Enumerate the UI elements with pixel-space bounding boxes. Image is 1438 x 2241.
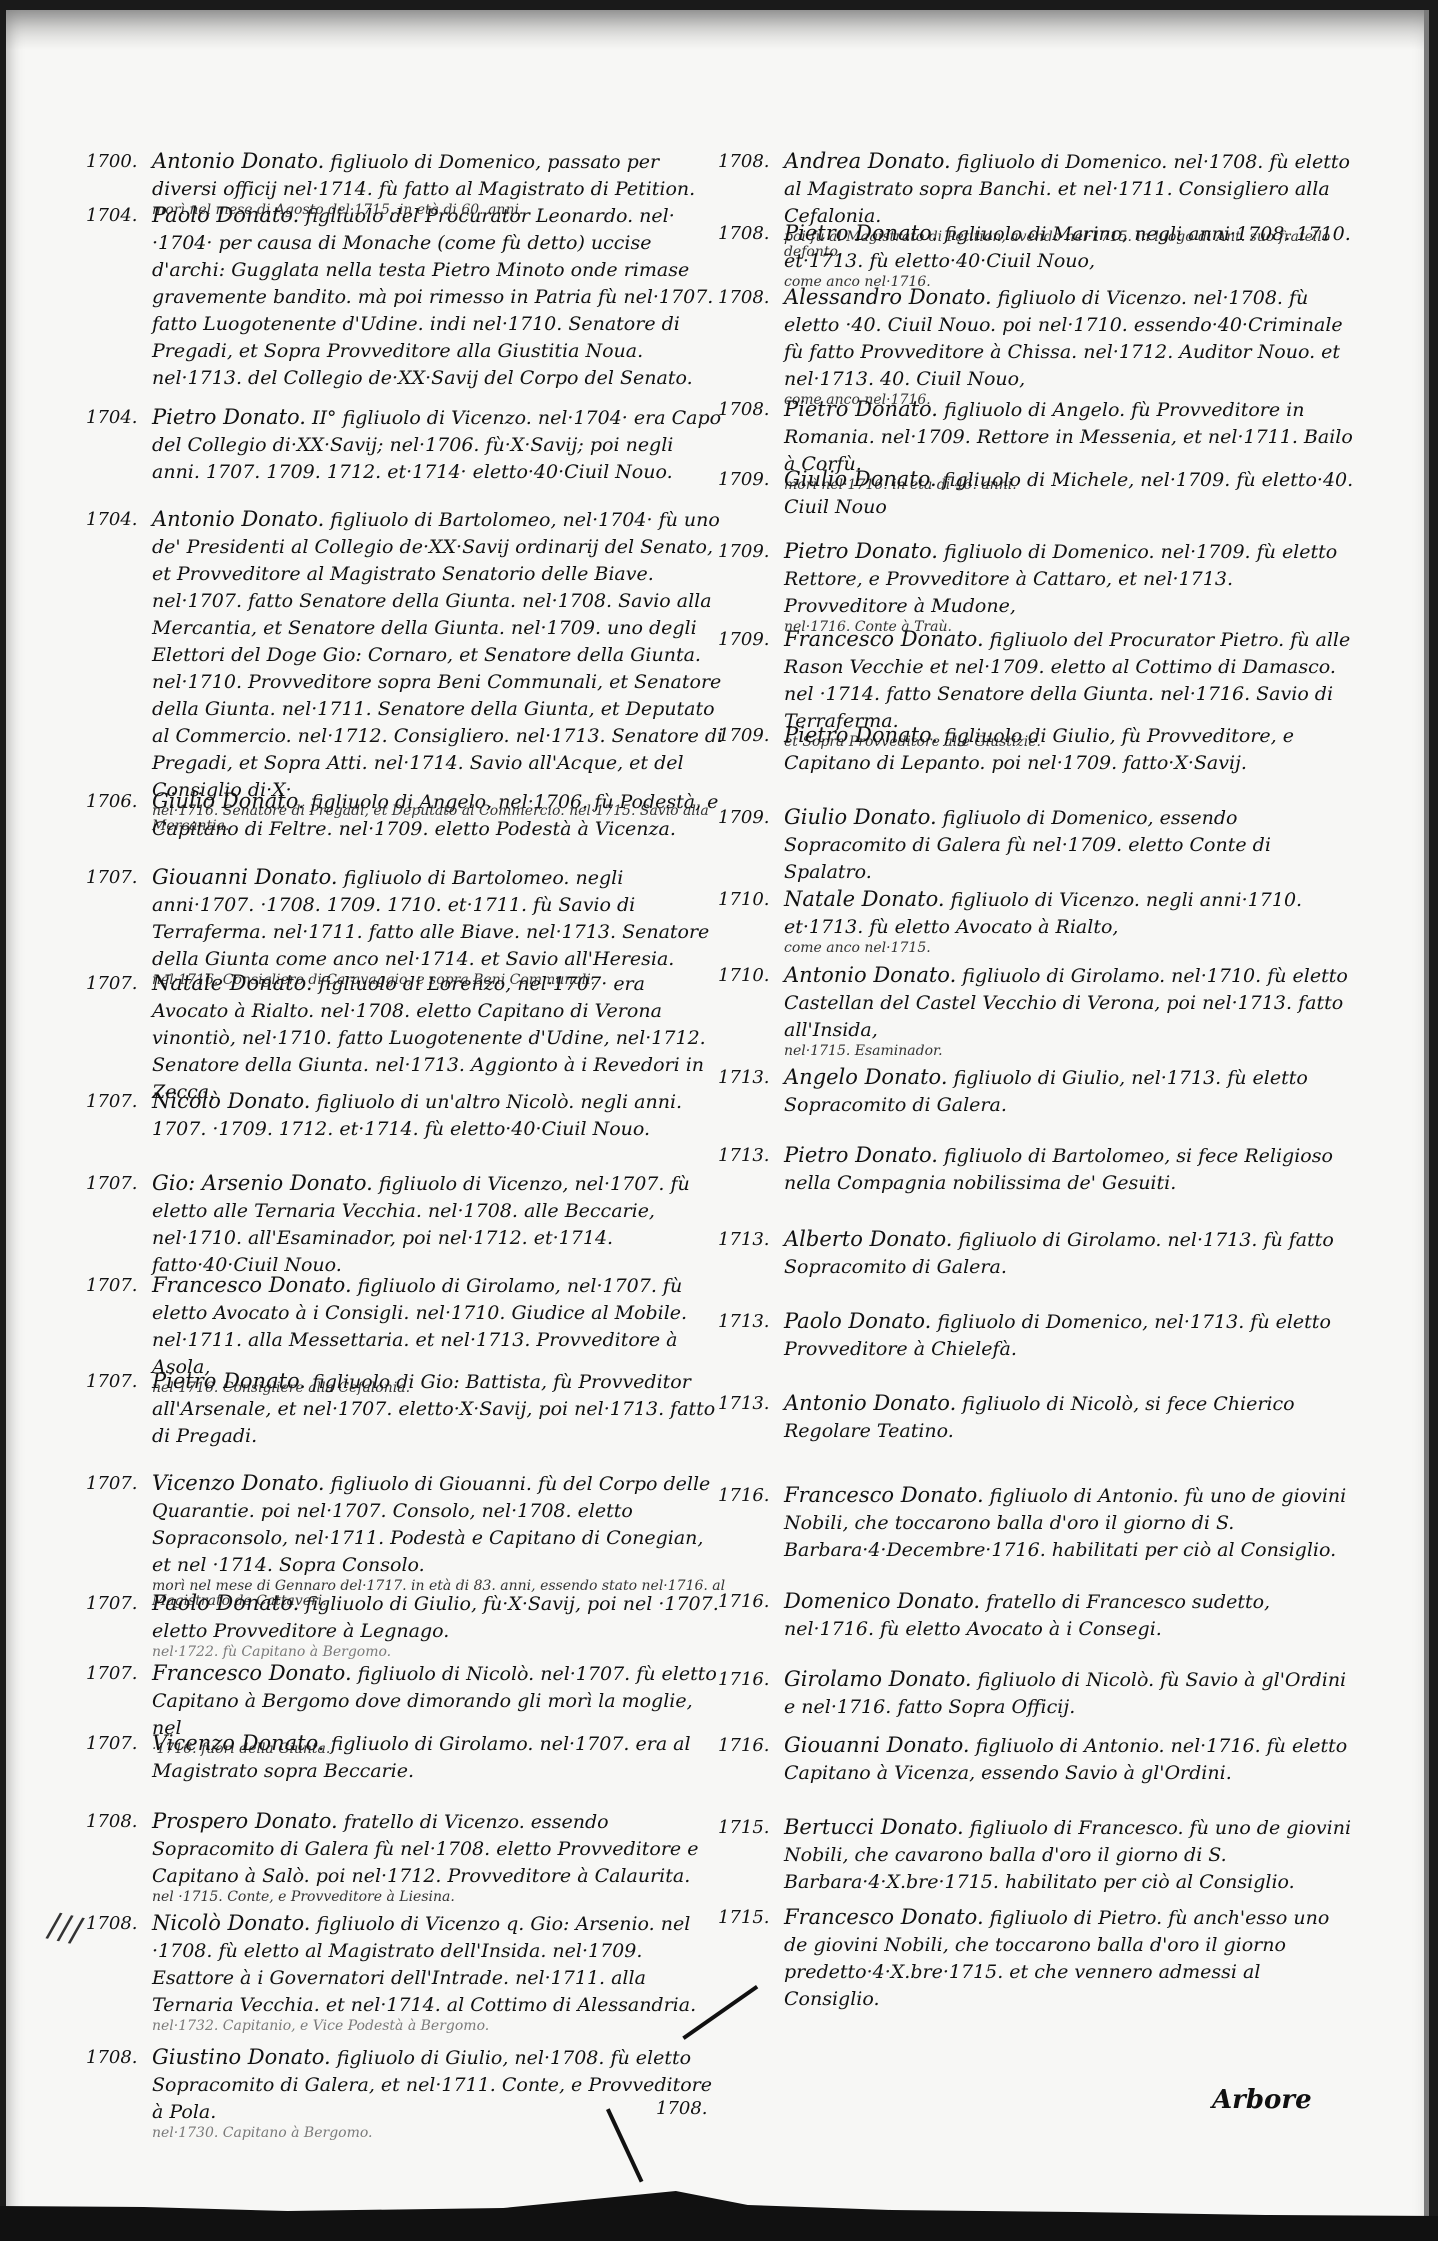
entry-name: Nicolò Donato.: [152, 1089, 310, 1113]
entry-note: nel·1715. Esaminador.: [784, 1044, 1358, 1059]
footer-year: 1708.: [656, 2098, 708, 2119]
entry-year: 1715.: [718, 1814, 782, 1841]
entry-name: Angelo Donato.: [784, 1065, 948, 1089]
entry-name: Pietro Donato.: [152, 405, 306, 429]
register-entry: 1709. Pietro Donato. figliuolo di Giulio…: [718, 722, 1358, 777]
entry-name: Andrea Donato.: [784, 149, 951, 173]
entry-year: 1708.: [718, 148, 782, 175]
entry-note: nel·1730. Capitano à Bergomo.: [152, 2126, 726, 2141]
entry-name: Pietro Donato.: [152, 1369, 306, 1393]
entry-year: 1707.: [86, 1272, 150, 1299]
entry-year: 1707.: [86, 1088, 150, 1115]
entry-year: 1700.: [86, 148, 150, 175]
entry-year: 1704.: [86, 404, 150, 431]
register-entry: 1708. Giustino Donato. figliuolo di Giul…: [86, 2044, 726, 2141]
entry-year: 1704.: [86, 506, 150, 533]
register-entry: 1707. Vicenzo Donato. figliuolo di Gioua…: [86, 1470, 726, 1609]
entry-year: 1708.: [86, 2044, 150, 2071]
register-entry: 1709. Pietro Donato. figliuolo di Domeni…: [718, 538, 1358, 635]
entry-year: 1708.: [86, 1808, 150, 1835]
entry-name: Francesco Donato.: [152, 1661, 352, 1685]
entry-year: 1715.: [718, 1904, 782, 1931]
entry-name: Antonio Donato.: [152, 507, 324, 531]
register-entry: 1716. Giouanni Donato. figliuolo di Anto…: [718, 1732, 1358, 1787]
register-entry: 1708. Alessandro Donato. figliuolo di Vi…: [718, 284, 1358, 408]
entry-name: Gio: Arsenio Donato.: [152, 1171, 373, 1195]
entry-name: Antonio Donato.: [784, 1391, 956, 1415]
entry-name: Pietro Donato.: [784, 397, 938, 421]
register-entry: 1709. Giulio Donato. figliuolo di Domeni…: [718, 804, 1358, 886]
entry-name: Pietro Donato.: [784, 539, 938, 563]
register-entry: 1704. Antonio Donato. figliuolo di Barto…: [86, 506, 726, 834]
register-entry: 1713. Pietro Donato. figliuolo di Bartol…: [718, 1142, 1358, 1197]
entry-year: 1709.: [718, 722, 782, 749]
register-entry: 1713. Alberto Donato. figliuolo di Girol…: [718, 1226, 1358, 1281]
entry-year: 1707.: [86, 1590, 150, 1617]
entry-year: 1707.: [86, 1660, 150, 1687]
register-entry: 1707. Natale Donato. figliuolo di Lorenz…: [86, 970, 726, 1106]
margin-hatch-marks: ///: [44, 1905, 86, 1951]
register-entry: 1713. Antonio Donato. figliuolo di Nicol…: [718, 1390, 1358, 1445]
register-entry: 1716. Domenico Donato. fratello di Franc…: [718, 1588, 1358, 1643]
register-entry: 1708. Pietro Donato. figliuolo di Marino…: [718, 220, 1358, 290]
entry-name: Francesco Donato.: [152, 1273, 352, 1297]
entry-note: nel ·1715. Conte, e Provveditore à Liesi…: [152, 1890, 726, 1905]
entry-year: 1708.: [86, 1910, 150, 1937]
entry-year: 1706.: [86, 788, 150, 815]
entry-name: Alessandro Donato.: [784, 285, 992, 309]
entry-name: Paolo Donato.: [152, 1591, 299, 1615]
entry-name: Giouanni Donato.: [784, 1733, 970, 1757]
entry-name: Giouanni Donato.: [152, 865, 338, 889]
entry-text: figliuolo del Procurator Leonardo. nel· …: [152, 205, 713, 389]
register-entry: 1704. Pietro Donato. II° figliuolo di Vi…: [86, 404, 726, 486]
catchword: Arbore: [1212, 2085, 1312, 2115]
entry-year: 1708.: [718, 284, 782, 311]
entry-name: Francesco Donato.: [784, 1483, 984, 1507]
entry-year: 1707.: [86, 1730, 150, 1757]
manuscript-page: 1700. Antonio Donato. figliuolo di Domen…: [6, 10, 1429, 2228]
entry-year: 1707.: [86, 1170, 150, 1197]
entry-name: Natale Donato.: [784, 887, 945, 911]
entry-name: Alberto Donato.: [784, 1227, 952, 1251]
entry-name: Giulio Donato.: [784, 467, 937, 491]
entry-year: 1709.: [718, 466, 782, 493]
entry-year: 1716.: [718, 1666, 782, 1693]
register-entry: 1707. Gio: Arsenio Donato. figliuolo di …: [86, 1170, 726, 1279]
register-entry: 1713. Angelo Donato. figliuolo di Giulio…: [718, 1064, 1358, 1119]
entry-year: 1704.: [86, 202, 150, 229]
entry-name: Vicenzo Donato.: [152, 1731, 325, 1755]
entry-name: Francesco Donato.: [784, 627, 984, 651]
register-entry: 1707. Paolo Donato. figliuolo di Giulio,…: [86, 1590, 726, 1660]
entry-name: Antonio Donato.: [152, 149, 324, 173]
entry-name: Giustino Donato.: [152, 2045, 331, 2069]
register-entry: 1708. Nicolò Donato. figliuolo di Vicenz…: [86, 1910, 726, 2034]
register-entry: 1708. Prospero Donato. fratello di Vicen…: [86, 1808, 726, 1905]
register-entry: 1704. Paolo Donato. figliuolo del Procur…: [86, 202, 726, 392]
entry-year: 1708.: [718, 220, 782, 247]
entry-name: Pietro Donato.: [784, 723, 938, 747]
register-entry: 1706. Giulio Donato. figliuolo di Angelo…: [86, 788, 726, 843]
entry-name: Bertucci Donato.: [784, 1815, 964, 1839]
entry-year: 1713.: [718, 1142, 782, 1169]
entry-name: Domenico Donato.: [784, 1589, 980, 1613]
entry-year: 1707.: [86, 864, 150, 891]
entry-year: 1710.: [718, 962, 782, 989]
entry-year: 1716.: [718, 1482, 782, 1509]
register-entry: 1709. Giulio Donato. figliuolo di Michel…: [718, 466, 1358, 521]
entry-name: Giulio Donato.: [152, 789, 305, 813]
entry-name: Francesco Donato.: [784, 1905, 984, 1929]
entry-name: Girolamo Donato.: [784, 1667, 972, 1691]
register-entry: 1710. Natale Donato. figliuolo di Vicenz…: [718, 886, 1358, 956]
entry-year: 1707.: [86, 970, 150, 997]
entry-year: 1710.: [718, 886, 782, 913]
entry-year: 1713.: [718, 1226, 782, 1253]
entry-year: 1713.: [718, 1390, 782, 1417]
register-entry: 1713. Paolo Donato. figliuolo di Domenic…: [718, 1308, 1358, 1363]
entry-note: nel·1732. Capitanio, e Vice Podestà à Be…: [152, 2019, 726, 2034]
register-entry: 1707. Pietro Donato. figliuolo di Gio: B…: [86, 1368, 726, 1450]
entry-year: 1713.: [718, 1308, 782, 1335]
register-entry: 1710. Antonio Donato. figliuolo di Girol…: [718, 962, 1358, 1059]
entry-name: Prospero Donato.: [152, 1809, 338, 1833]
register-entry: 1707. Vicenzo Donato. figliuolo di Girol…: [86, 1730, 726, 1785]
entry-year: 1707.: [86, 1368, 150, 1395]
register-entry: 1716. Francesco Donato. figliuolo di Ant…: [718, 1482, 1358, 1564]
entry-year: 1707.: [86, 1470, 150, 1497]
entry-year: 1713.: [718, 1064, 782, 1091]
entry-year: 1716.: [718, 1732, 782, 1759]
entry-name: Nicolò Donato.: [152, 1911, 310, 1935]
entry-note: come anco nel·1715.: [784, 941, 1358, 956]
register-entry: 1715. Bertucci Donato. figliuolo di Fran…: [718, 1814, 1358, 1896]
entry-name: Paolo Donato.: [784, 1309, 931, 1333]
entry-name: Paolo Donato.: [152, 203, 299, 227]
entry-name: Giulio Donato.: [784, 805, 937, 829]
register-entry: 1715. Francesco Donato. figliuolo di Pie…: [718, 1904, 1358, 2013]
entry-name: Vicenzo Donato.: [152, 1471, 325, 1495]
entry-year: 1709.: [718, 626, 782, 653]
entry-year: 1709.: [718, 804, 782, 831]
register-entry: 1707. Nicolò Donato. figliuolo di un'alt…: [86, 1088, 726, 1143]
entry-name: Pietro Donato.: [784, 1143, 938, 1167]
entry-name: Pietro Donato.: [784, 221, 938, 245]
entry-name: Antonio Donato.: [784, 963, 956, 987]
register-entry: 1716. Girolamo Donato. figliuolo di Nico…: [718, 1666, 1358, 1721]
entry-year: 1716.: [718, 1588, 782, 1615]
entry-text: figliuolo di Bartolomeo, nel·1704· fù un…: [152, 509, 723, 801]
entry-name: Natale Donato.: [152, 971, 313, 995]
entry-year: 1709.: [718, 538, 782, 565]
entry-note: nel·1722. fù Capitano à Bergomo.: [152, 1645, 726, 1660]
entry-year: 1708.: [718, 396, 782, 423]
